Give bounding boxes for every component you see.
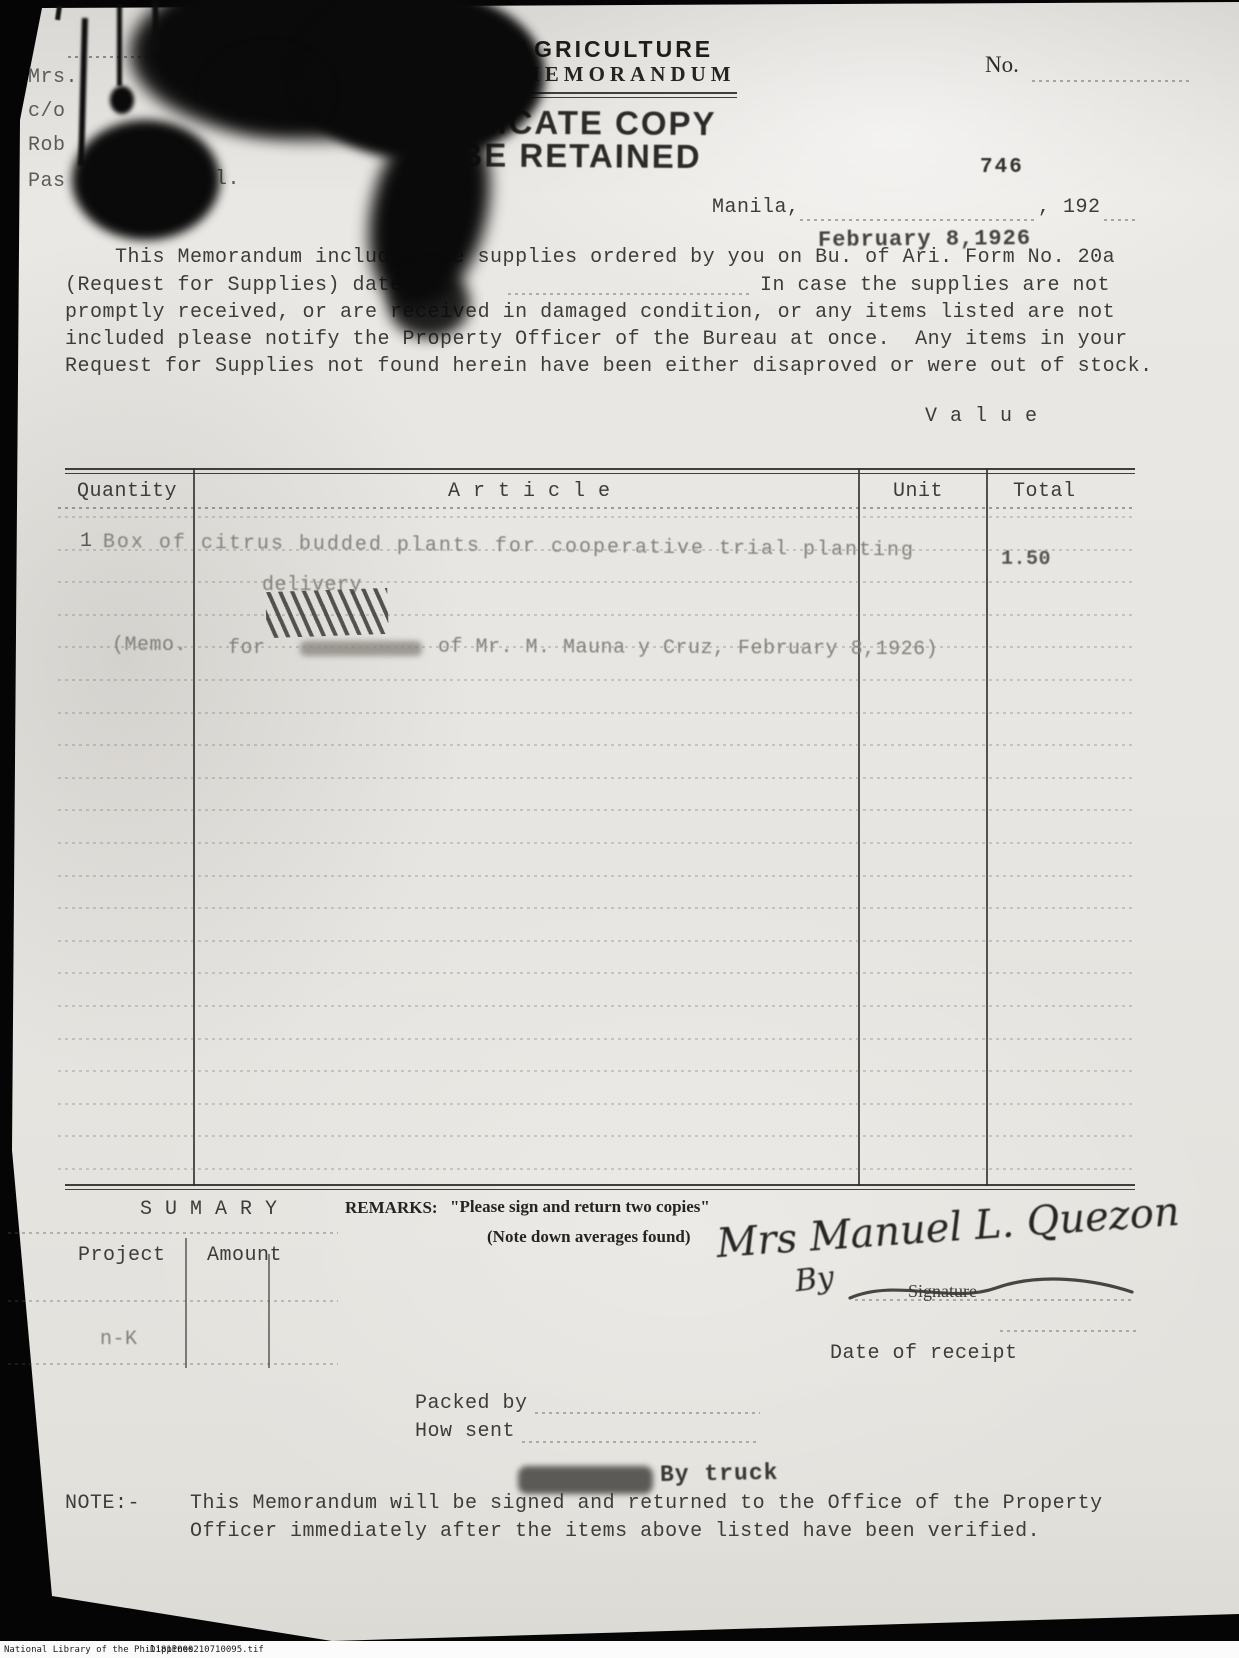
how-sent-line bbox=[522, 1441, 757, 1443]
summary-divider2 bbox=[268, 1254, 270, 1368]
packed-by-label: Packed by bbox=[415, 1392, 528, 1415]
table-ruled-line bbox=[58, 1070, 1134, 1072]
table-top-rule bbox=[65, 468, 1135, 474]
col-header-unit: Unit bbox=[893, 480, 943, 503]
scan-footer-bar: National Library of the Philippines D181… bbox=[0, 1641, 1239, 1658]
remarks-note: (Note down averages found) bbox=[487, 1227, 691, 1247]
addressee-line1-left: Mrs. bbox=[28, 66, 78, 89]
summary-divider1 bbox=[185, 1238, 187, 1368]
scanned-memorandum-page: Mrs. Bernabe c/o rora A. Qu Rob Pas l. O… bbox=[0, 0, 1239, 1658]
no-blank-line bbox=[1032, 80, 1190, 82]
how-sent-stamp-text: By truck bbox=[660, 1460, 779, 1488]
signature-line bbox=[855, 1299, 1135, 1301]
how-sent-label: How sent bbox=[415, 1420, 515, 1443]
body-line2-pre: (Request for Supplies) dated bbox=[65, 274, 415, 297]
table-ruled-line bbox=[58, 875, 1134, 877]
how-sent-stamp-smudge bbox=[518, 1466, 653, 1494]
amount-label: Amount bbox=[207, 1244, 282, 1267]
note-line2: Officer immediately after the items abov… bbox=[190, 1520, 1040, 1543]
year-prefix: , 192 bbox=[1038, 196, 1101, 219]
table-ruled-line bbox=[58, 1135, 1134, 1137]
no-label: No. bbox=[985, 52, 1019, 78]
summary-table-topline bbox=[8, 1232, 338, 1234]
addressee-line3: Rob bbox=[28, 134, 66, 157]
summary-row-line1 bbox=[8, 1300, 338, 1302]
table-ruled-line bbox=[58, 1168, 1134, 1170]
remarks-label: REMARKS: bbox=[345, 1198, 438, 1218]
col-header-article: A r t i c l e bbox=[448, 480, 611, 503]
signature-by-handwriting: By bbox=[793, 1260, 836, 1299]
table-ruled-line bbox=[58, 972, 1134, 974]
remarks-text: "Please sign and return two copies" bbox=[450, 1197, 710, 1217]
addressee-line2-left: c/o bbox=[28, 100, 66, 123]
form-number-stamp: 746 bbox=[980, 156, 1024, 179]
col-header-quantity: Quantity bbox=[77, 480, 177, 503]
table-ruled-line bbox=[58, 940, 1134, 942]
ink-blot-left-core bbox=[95, 138, 200, 226]
table-bottom-rule bbox=[65, 1184, 1135, 1190]
memo-rest: of Mr. M. Mauna y Cruz, February 8,1926) bbox=[438, 636, 938, 662]
table-ruled-line bbox=[58, 581, 1134, 583]
project-label: Project bbox=[78, 1244, 166, 1267]
table-ruled-line bbox=[58, 1005, 1134, 1007]
body-line4: included please notify the Property Offi… bbox=[65, 328, 1128, 351]
ink-blot-tail-tip bbox=[388, 268, 470, 338]
table-ruled-line bbox=[58, 516, 1134, 518]
table-divider-total bbox=[986, 468, 988, 1186]
body-line5: Request for Supplies not found herein ha… bbox=[65, 355, 1153, 378]
summary-row-line2 bbox=[8, 1363, 338, 1365]
packed-by-line bbox=[535, 1412, 760, 1414]
date-of-receipt-line bbox=[1000, 1330, 1140, 1332]
ink-drop-1 bbox=[110, 86, 134, 114]
ink-drip-2 bbox=[117, 4, 122, 86]
table-ruled-line bbox=[58, 1038, 1134, 1040]
strike-marks bbox=[265, 588, 389, 638]
value-column-header: V a l u e bbox=[925, 405, 1038, 428]
table-divider-quantity bbox=[193, 468, 195, 1186]
date-of-receipt-label: Date of receipt bbox=[830, 1342, 1018, 1365]
body-line3: promptly received, or are received in da… bbox=[65, 301, 1115, 324]
table-ruled-line bbox=[58, 1103, 1134, 1105]
table-ruled-line bbox=[58, 614, 1134, 616]
footer-filename-text: D181P000210710095.tif bbox=[150, 1645, 264, 1655]
place-label: Manila, bbox=[712, 196, 800, 219]
body-line2-post: In case the supplies are not bbox=[760, 274, 1110, 297]
signature-printed-label: Signature bbox=[908, 1281, 977, 1302]
table-ruled-line bbox=[58, 679, 1134, 681]
row1-quantity: 1 bbox=[80, 530, 93, 553]
project-code: n-K bbox=[100, 1328, 138, 1351]
table-ruled-line bbox=[58, 712, 1134, 714]
date-blank-line bbox=[800, 219, 1035, 221]
ink-smudge-bridge bbox=[212, 55, 322, 130]
table-ruled-line bbox=[58, 809, 1134, 811]
col-header-total: Total bbox=[1013, 480, 1076, 503]
note-label: NOTE:- bbox=[65, 1492, 140, 1515]
memo-struck-word-smear bbox=[300, 641, 422, 656]
dated-blank-line bbox=[508, 293, 753, 295]
table-ruled-line bbox=[58, 907, 1134, 909]
date-received-stamp: February 8,1926 bbox=[818, 226, 1031, 253]
table-ruled-line bbox=[58, 744, 1134, 746]
memo-open: (Memo. bbox=[112, 634, 187, 657]
note-line1: This Memorandum will be signed and retur… bbox=[190, 1492, 1103, 1515]
addressee-line4-left: Pas bbox=[28, 170, 66, 193]
row1-total-value: 1.50 bbox=[1001, 548, 1051, 572]
summary-title: S U M A R Y bbox=[140, 1198, 278, 1221]
signature-flourish bbox=[846, 1274, 1138, 1310]
table-ruled-line bbox=[58, 777, 1134, 779]
table-header-underline bbox=[58, 507, 1135, 509]
table-divider-unit bbox=[858, 468, 860, 1186]
memo-for: for bbox=[228, 637, 266, 660]
year-blank-line bbox=[1104, 219, 1136, 221]
table-ruled-line bbox=[58, 842, 1134, 844]
